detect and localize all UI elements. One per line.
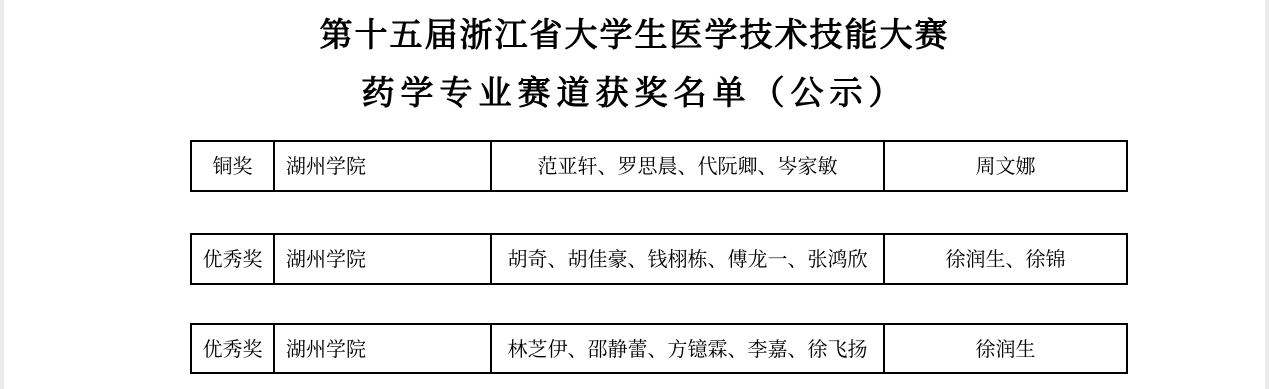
- members-cell: 范亚轩、罗思晨、代阮卿、岑家敏: [490, 142, 883, 190]
- award-row-excellence-2: 优秀奖 湖州学院 林芝伊、邵静蕾、方镱霖、李嘉、徐飞扬 徐润生: [190, 323, 1128, 374]
- members-cell: 林芝伊、邵静蕾、方镱霖、李嘉、徐飞扬: [490, 325, 883, 372]
- advisors-cell: 周文娜: [883, 142, 1126, 190]
- page-edge-left: [0, 0, 4, 389]
- award-cell: 优秀奖: [192, 325, 273, 372]
- advisors-cell: 徐润生: [883, 325, 1126, 372]
- award-cell: 优秀奖: [192, 235, 273, 283]
- award-row-bronze: 铜奖 湖州学院 范亚轩、罗思晨、代阮卿、岑家敏 周文娜: [190, 140, 1128, 192]
- page-edge-right: [1265, 0, 1269, 389]
- document-title-line1: 第十五届浙江省大学生医学技术技能大赛: [0, 14, 1269, 57]
- members-cell: 胡奇、胡佳豪、钱栩栋、傅龙一、张鸿欣: [490, 235, 883, 283]
- advisors-cell: 徐润生、徐锦: [883, 235, 1126, 283]
- institution-cell: 湖州学院: [273, 235, 490, 283]
- award-cell: 铜奖: [192, 142, 273, 190]
- institution-cell: 湖州学院: [273, 142, 490, 190]
- institution-cell: 湖州学院: [273, 325, 490, 372]
- document-title-line2: 药学专业赛道获奖名单（公示）: [0, 72, 1269, 115]
- award-row-excellence-1: 优秀奖 湖州学院 胡奇、胡佳豪、钱栩栋、傅龙一、张鸿欣 徐润生、徐锦: [190, 233, 1128, 285]
